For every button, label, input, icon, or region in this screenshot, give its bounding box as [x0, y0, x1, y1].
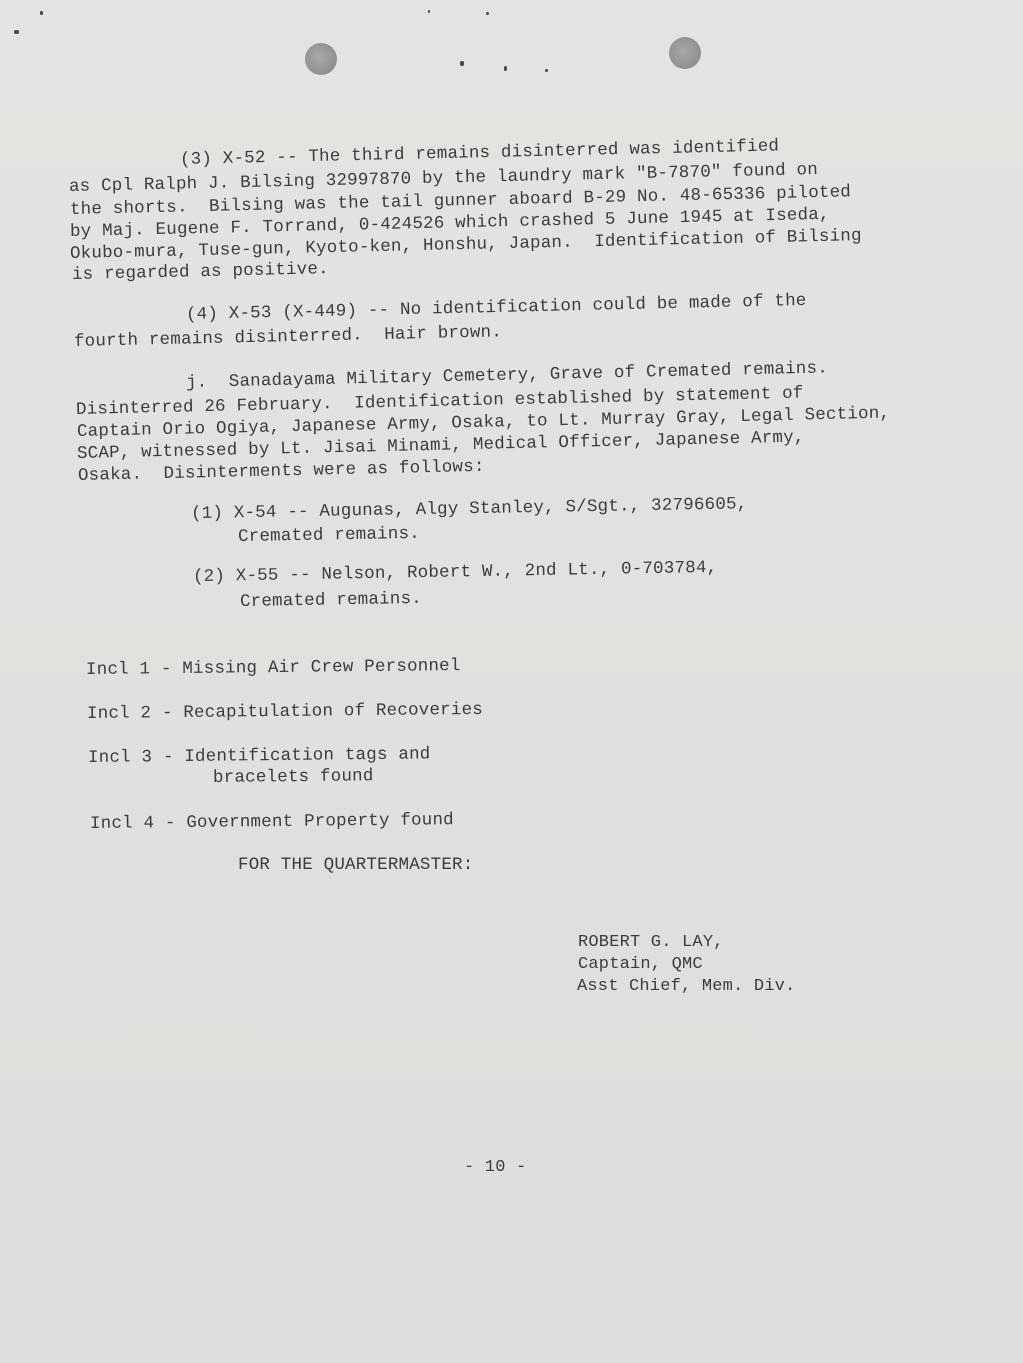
inclosure-2: Incl 2 - Recapitulation of Recoveries [87, 700, 483, 724]
speck [545, 69, 548, 72]
speck [504, 66, 507, 71]
signature-name: ROBERT G. LAY, [578, 933, 724, 952]
text-line: (1) X-54 -- Augunas, Algy Stanley, S/Sgt… [191, 494, 748, 524]
text-line: Cremated remains. [240, 589, 422, 612]
speck [460, 61, 464, 66]
signature-title: Asst Chief, Mem. Div. [577, 977, 795, 996]
speck [40, 11, 43, 15]
speck [428, 10, 430, 13]
signature-rank: Captain, QMC [578, 955, 703, 974]
document-page: (3) X-52 -- The third remains disinterre… [0, 0, 1023, 1363]
speck [14, 30, 19, 34]
page-number: - 10 - [464, 1158, 526, 1177]
inclosure-4: Incl 4 - Government Property found [90, 810, 454, 834]
text-line: (2) X-55 -- Nelson, Robert W., 2nd Lt., … [193, 558, 718, 587]
punch-hole-right [669, 37, 701, 69]
inclosure-3-continued: bracelets found [213, 766, 374, 788]
text-line: (4) X-53 (X-449) -- No identification co… [186, 291, 807, 325]
text-line: Cremated remains. [238, 524, 420, 547]
inclosure-1: Incl 1 - Missing Air Crew Personnel [86, 656, 461, 680]
text-line: fourth remains disinterred. Hair brown. [74, 322, 502, 352]
punch-hole-left [305, 43, 337, 75]
inclosure-3: Incl 3 - Identification tags and [88, 744, 431, 768]
speck [486, 12, 489, 15]
closing-line: FOR THE QUARTERMASTER: [238, 855, 473, 875]
